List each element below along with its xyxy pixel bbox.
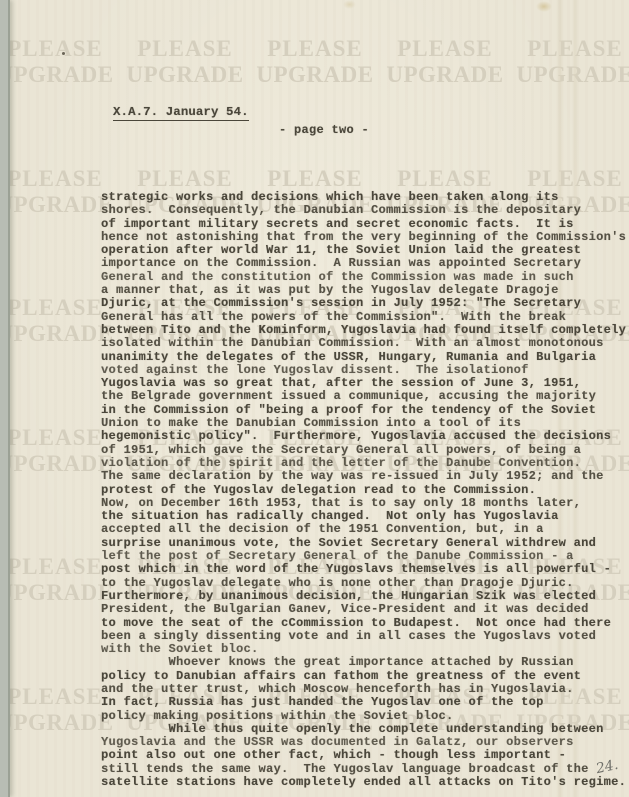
text-line: with the Soviet bloc. <box>101 643 629 656</box>
watermark-line1: PLEASE <box>126 166 243 192</box>
watermark-line1: PLEASE <box>0 554 114 580</box>
scan-left-edge <box>0 0 10 797</box>
watermark-tile: PLEASEUPGRADE <box>0 295 114 347</box>
paper-stain <box>343 0 356 9</box>
text-line: The same declaration by the way was re-i… <box>101 470 629 483</box>
watermark-line2: UPGRADE <box>256 62 373 88</box>
text-line: the Belgrade government issued a communi… <box>101 390 629 403</box>
paper-stain <box>536 1 552 12</box>
watermark-line1: PLEASE <box>0 684 114 710</box>
watermark-line2: UPGRADE <box>0 62 114 88</box>
watermark-tile: PLEASEUPGRADE <box>386 36 503 88</box>
text-line: violation of the spirit and the letter o… <box>101 457 629 470</box>
text-line: operation after world War 11, the Soviet… <box>101 244 629 257</box>
text-line: Yugoslavia was so great that, after the … <box>101 377 629 390</box>
watermark-tile: PLEASEUPGRADE <box>0 554 114 606</box>
watermark-line2: UPGRADE <box>0 580 114 606</box>
text-line: and the utter trust, which Moscow hencef… <box>101 683 629 696</box>
text-line: post which in the word of the Yugoslavs … <box>101 563 629 576</box>
text-line: strategic works and decisions which have… <box>101 191 629 204</box>
watermark-line2: UPGRADE <box>0 321 114 347</box>
text-line: a manner that, as it was put by the Yugo… <box>101 284 629 297</box>
text-line: shores. Consequently, the Danubian Commi… <box>101 204 629 217</box>
text-line: General has all the powers of the Commis… <box>101 311 629 324</box>
watermark-line2: UPGRADE <box>386 62 503 88</box>
text-line: of important military secrets and secret… <box>101 218 629 231</box>
text-line: isolated within the Danubian Commission.… <box>101 337 629 350</box>
text-line: to move the seat of the cCommission to B… <box>101 617 629 630</box>
watermark-tile: PLEASEUPGRADE <box>256 36 373 88</box>
document-body: strategic works and decisions which have… <box>101 191 629 789</box>
text-line: the situation has radically changed. Not… <box>101 510 629 523</box>
text-line: of 1951, which gave the Secretary Genera… <box>101 444 629 457</box>
watermark-line1: PLEASE <box>386 166 503 192</box>
ink-speck <box>62 52 65 55</box>
text-line: hence not astonishing that from the very… <box>101 231 629 244</box>
text-line: In fact, Russia has just handed the Yugo… <box>101 696 629 709</box>
page-number-label: - page two - <box>279 123 369 137</box>
scanned-document-page: PLEASEUPGRADEPLEASEUPGRADEPLEASEUPGRADEP… <box>0 0 629 797</box>
text-line: voted against the lone Yugoslav dissent.… <box>101 364 629 377</box>
document-reference: X.A.7. January 54. <box>113 105 249 121</box>
text-line: policy to Danubian affairs can fathom th… <box>101 670 629 683</box>
watermark-line2: UPGRADE <box>0 710 114 736</box>
watermark-line1: PLEASE <box>0 425 114 451</box>
watermark-tile: PLEASEUPGRADE <box>0 684 114 736</box>
text-line: been a singly dissenting vote and in all… <box>101 630 629 643</box>
text-line: satellite stations have completely ended… <box>101 776 629 789</box>
watermark-tile: PLEASEUPGRADE <box>126 36 243 88</box>
text-line: Djuric, at the Commission's session in J… <box>101 297 629 310</box>
text-line: to the Yugoslav delegate who is none oth… <box>101 577 629 590</box>
watermark-line1: PLEASE <box>0 295 114 321</box>
watermark-line1: PLEASE <box>256 166 373 192</box>
text-line: accepted all the decision of the 1951 Co… <box>101 523 629 536</box>
watermark-line2: UPGRADE <box>126 62 243 88</box>
watermark-line1: PLEASE <box>256 36 373 62</box>
text-line: policy making positions within the Sovie… <box>101 710 629 723</box>
text-line: While thus quite openly the complete und… <box>101 723 629 736</box>
watermark-line1: PLEASE <box>126 36 243 62</box>
text-line: importance on the Commission. A Russian … <box>101 257 629 270</box>
text-line: point also out one other fact, which - t… <box>101 749 629 762</box>
watermark-line1: PLEASE <box>0 36 114 62</box>
text-line: left the post of Secretary General of th… <box>101 550 629 563</box>
watermark-line1: PLEASE <box>0 166 114 192</box>
watermark-tile: PLEASEUPGRADE <box>0 36 114 88</box>
watermark-line1: PLEASE <box>386 36 503 62</box>
text-line: surprise unanimous vote, the Soviet Secr… <box>101 537 629 550</box>
text-line: hegemonistic policy". Furthermore, Yugos… <box>101 430 629 443</box>
watermark-line2: UPGRADE <box>0 451 114 477</box>
text-line: Yugoslavia and the USSR was documented i… <box>101 736 629 749</box>
watermark-line2: UPGRADE <box>0 192 114 218</box>
text-line: protest of the Yugoslav delegation read … <box>101 484 629 497</box>
text-line: General and the constitution of the Comm… <box>101 271 629 284</box>
text-line: unanimity the delegates of the USSR, Hun… <box>101 351 629 364</box>
text-line: Whoever knows the great importance attac… <box>101 656 629 669</box>
text-line: between Tito and the Kominform, Yugoslav… <box>101 324 629 337</box>
text-line: President, the Bulgarian Ganev, Vice-Pre… <box>101 603 629 616</box>
text-line: Now, on December 16th 1953, that is to s… <box>101 497 629 510</box>
text-line: Union to make the Danubian Commission in… <box>101 417 629 430</box>
text-line: Furthermore, by unanimous decision, the … <box>101 590 629 603</box>
text-line: in the Commission of "being a proof for … <box>101 404 629 417</box>
watermark-tile: PLEASEUPGRADE <box>0 425 114 477</box>
text-line: still tends the same way. The Yugoslav l… <box>101 763 629 776</box>
watermark-tile: PLEASEUPGRADE <box>0 166 114 218</box>
